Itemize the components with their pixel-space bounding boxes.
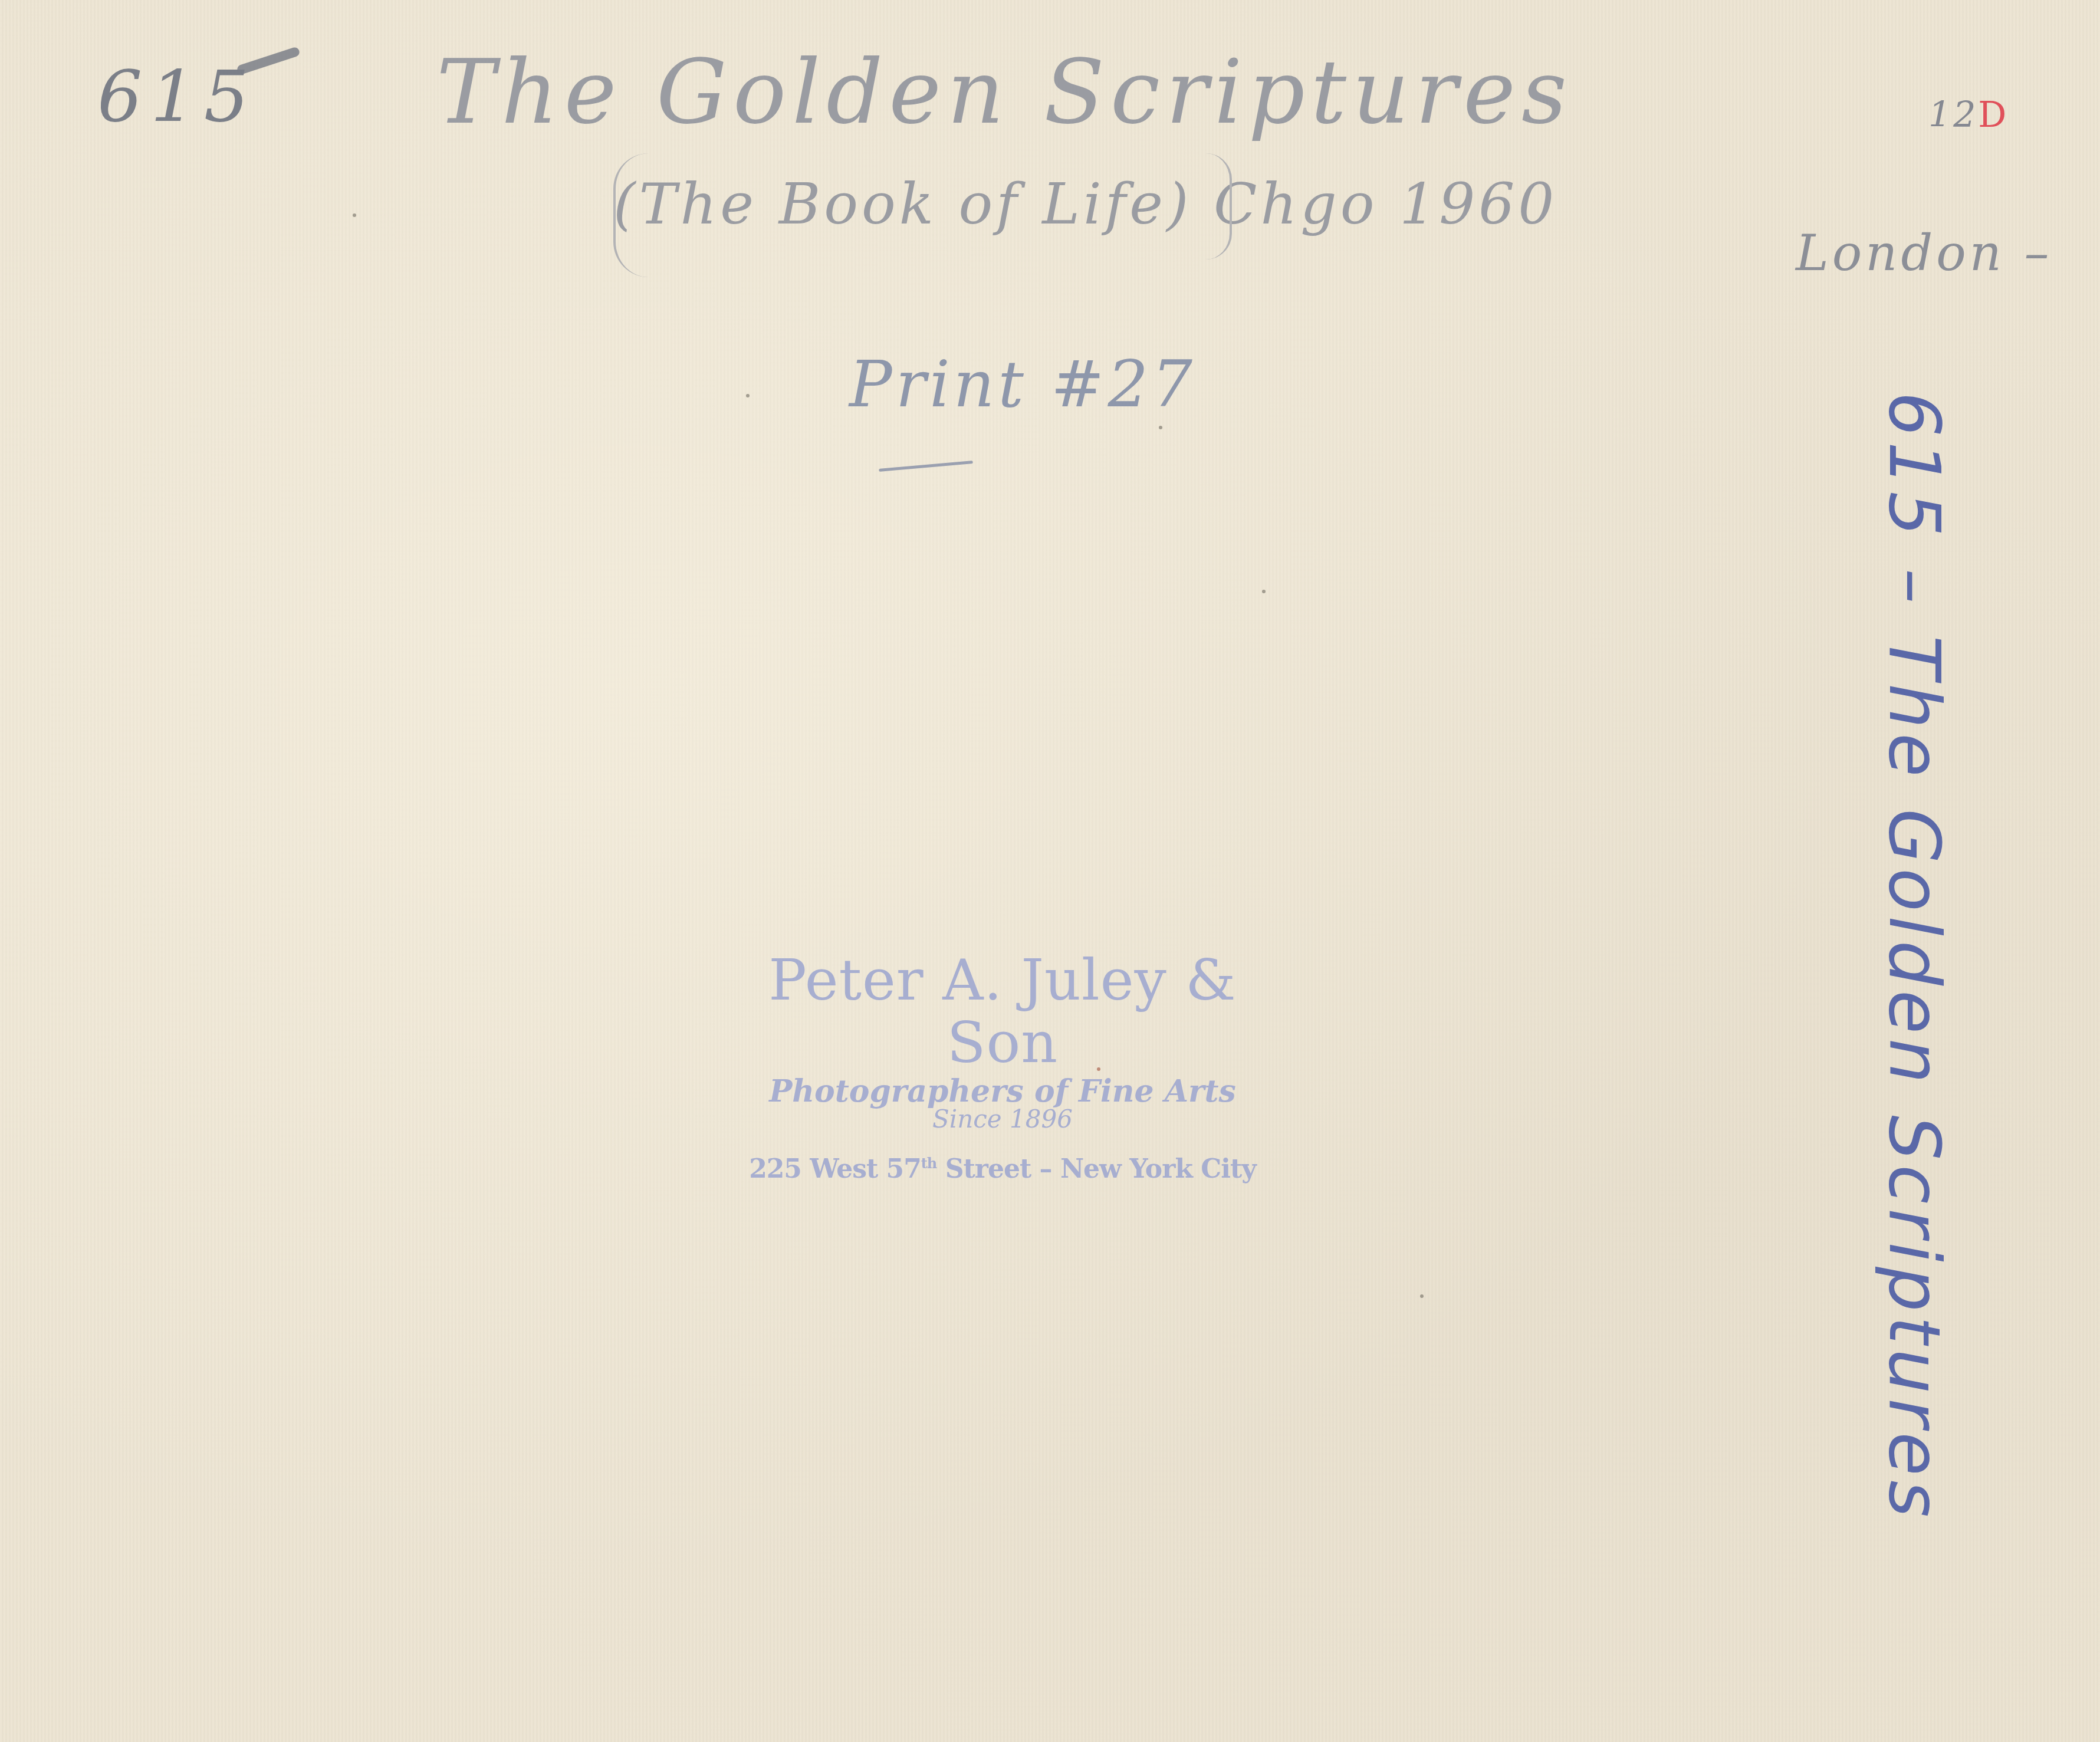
pencil-parenthesis-close xyxy=(1206,153,1232,259)
paper-speck xyxy=(1097,1067,1100,1071)
stamp-address: 225 West 57th Street – New York City xyxy=(719,1156,1286,1182)
paper-speck xyxy=(1159,426,1162,429)
pencil-note-title: The Golden Scriptures xyxy=(436,41,1573,144)
pencil-note-catalog-number: 615 xyxy=(97,56,257,138)
corner-number: 12 xyxy=(1928,94,1978,136)
stamp-address-rest: Street – New York City xyxy=(936,1154,1256,1184)
paper-speck xyxy=(746,394,750,397)
stamp-tagline: Photographers of Fine Arts xyxy=(719,1076,1286,1107)
stamp-address-prefix: 225 West 57 xyxy=(749,1154,921,1184)
stamp-address-sup: th xyxy=(921,1155,937,1172)
stamp-studio-name: Peter A. Juley & Son xyxy=(719,949,1286,1074)
pencil-note-subtitle: (The Book of Life) Chgo 1960 xyxy=(613,171,1557,237)
pencil-note-print-number: Print #27 xyxy=(849,348,1196,422)
paper-speck xyxy=(1262,590,1266,593)
stamp-since: Since 1896 xyxy=(719,1107,1286,1132)
photo-verso-paper xyxy=(0,0,2100,1742)
red-pencil-mark: D xyxy=(1978,94,2009,136)
photographer-stamp: Peter A. Juley & Son Photographers of Fi… xyxy=(719,949,1286,1182)
pencil-note-corner-number: 12D xyxy=(1928,94,2009,136)
ink-note-vertical-title: 615 – The Golden Scriptures xyxy=(1873,392,1955,1247)
paper-speck xyxy=(1420,1294,1424,1298)
pencil-note-location: London – xyxy=(1796,224,2053,282)
paper-speck xyxy=(353,213,356,217)
